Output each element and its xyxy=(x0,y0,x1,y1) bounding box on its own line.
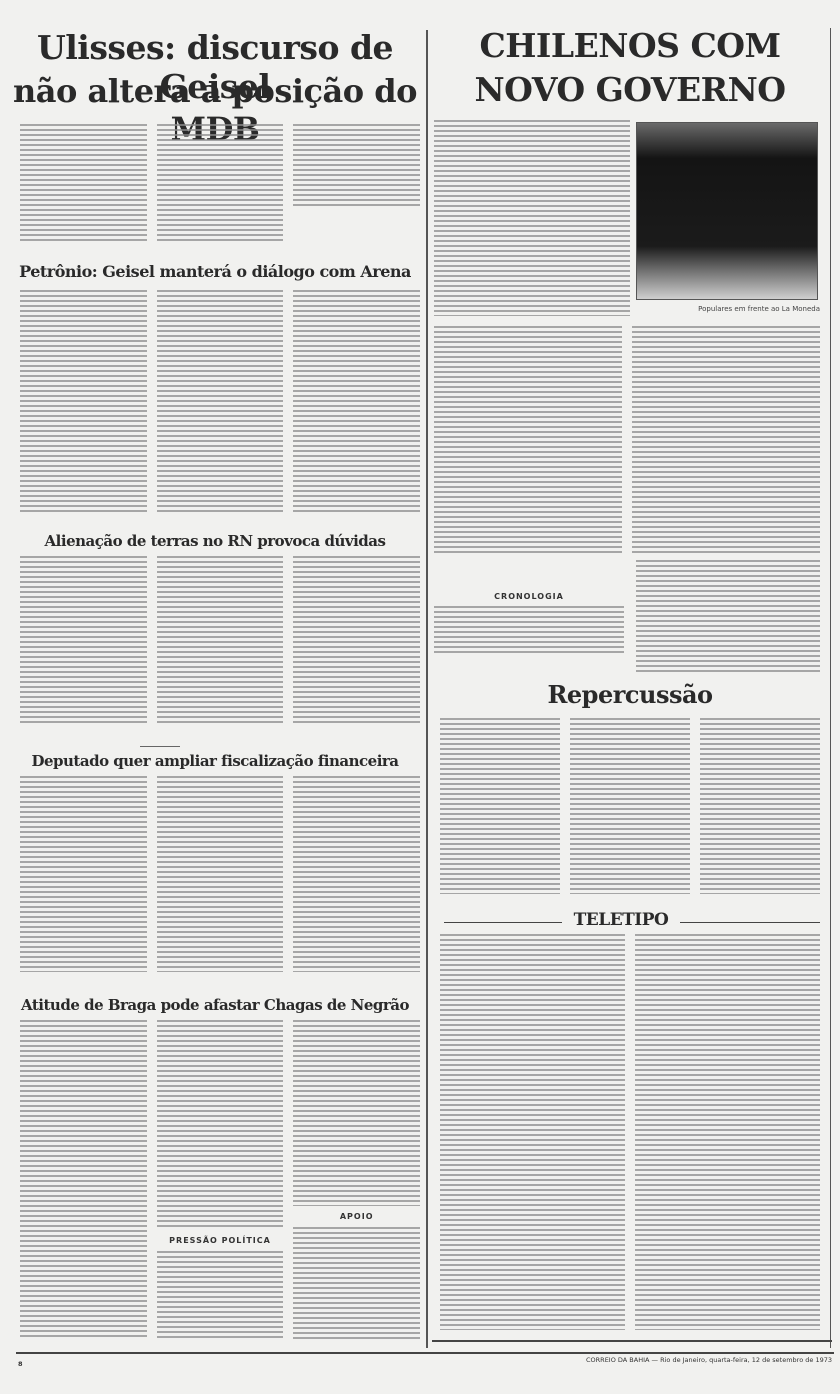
text-column xyxy=(20,776,147,972)
text-column xyxy=(632,326,820,556)
repercussao-headline: Repercussão xyxy=(440,680,820,709)
teletipo-bottom-rule xyxy=(432,1340,832,1342)
subhead-pressao-politica: PRESSÃO POLÍTICA xyxy=(157,1236,284,1245)
right-lead-body xyxy=(434,120,630,316)
photo-la-moneda-icon xyxy=(636,122,818,300)
teletipo-body xyxy=(440,934,820,1330)
article-headline: Deputado quer ampliar fiscalização finan… xyxy=(10,752,420,770)
teletipo-rule-left xyxy=(444,922,562,923)
article-headline: Petrônio: Geisel manterá o diálogo com A… xyxy=(10,262,420,281)
text-column xyxy=(157,290,284,512)
teletipo-headline: TELETIPO xyxy=(566,910,676,930)
text-column xyxy=(157,776,284,972)
right-lead-headline-line-2: NOVO GOVERNO xyxy=(440,70,820,109)
article-body: PRESSÃO POLÍTICA APOIO xyxy=(20,1020,420,1340)
page-footer-rule xyxy=(16,1352,834,1354)
text-column xyxy=(700,718,820,894)
repercussao-body xyxy=(440,718,820,894)
text-column xyxy=(293,776,420,972)
text-column xyxy=(440,718,560,894)
cronologia-body-right xyxy=(636,560,820,672)
article-body xyxy=(20,290,420,512)
text-column xyxy=(440,934,625,1330)
subhead-cronologia: CRONOLOGIA xyxy=(434,592,624,601)
subhead-apoio: APOIO xyxy=(293,1212,420,1221)
page-footer-text: CORREIO DA BAHIA — Rio de Janeiro, quart… xyxy=(440,1356,832,1364)
teletipo-rule-right xyxy=(680,922,820,923)
article-body xyxy=(20,776,420,972)
page-number: 8 xyxy=(18,1360,23,1368)
text-column xyxy=(293,290,420,512)
text-column xyxy=(157,556,284,726)
text-column xyxy=(570,718,690,894)
text-column xyxy=(20,1020,147,1340)
text-column: PRESSÃO POLÍTICA xyxy=(157,1020,284,1340)
text-column xyxy=(293,556,420,726)
cronologia-body xyxy=(434,606,624,656)
divider xyxy=(140,746,180,747)
lead-article-body xyxy=(20,124,420,244)
right-lead-headline-line-1: CHILENOS COM xyxy=(440,26,820,65)
article-body xyxy=(20,556,420,726)
article-headline: Alienação de terras no RN provoca dúvida… xyxy=(10,532,420,550)
column-rule xyxy=(426,30,428,1348)
text-column: APOIO xyxy=(293,1020,420,1340)
photo-caption: Populares em frente ao La Moneda xyxy=(690,305,820,313)
text-column xyxy=(635,934,820,1330)
text-column xyxy=(20,556,147,726)
right-lead-columns xyxy=(434,326,820,556)
text-column xyxy=(20,290,147,512)
article-headline: Atitude de Braga pode afastar Chagas de … xyxy=(10,996,420,1014)
text-column xyxy=(293,124,420,208)
text-column xyxy=(157,124,284,244)
column-rule xyxy=(830,28,831,1348)
text-column xyxy=(434,326,622,556)
text-column xyxy=(20,124,147,244)
